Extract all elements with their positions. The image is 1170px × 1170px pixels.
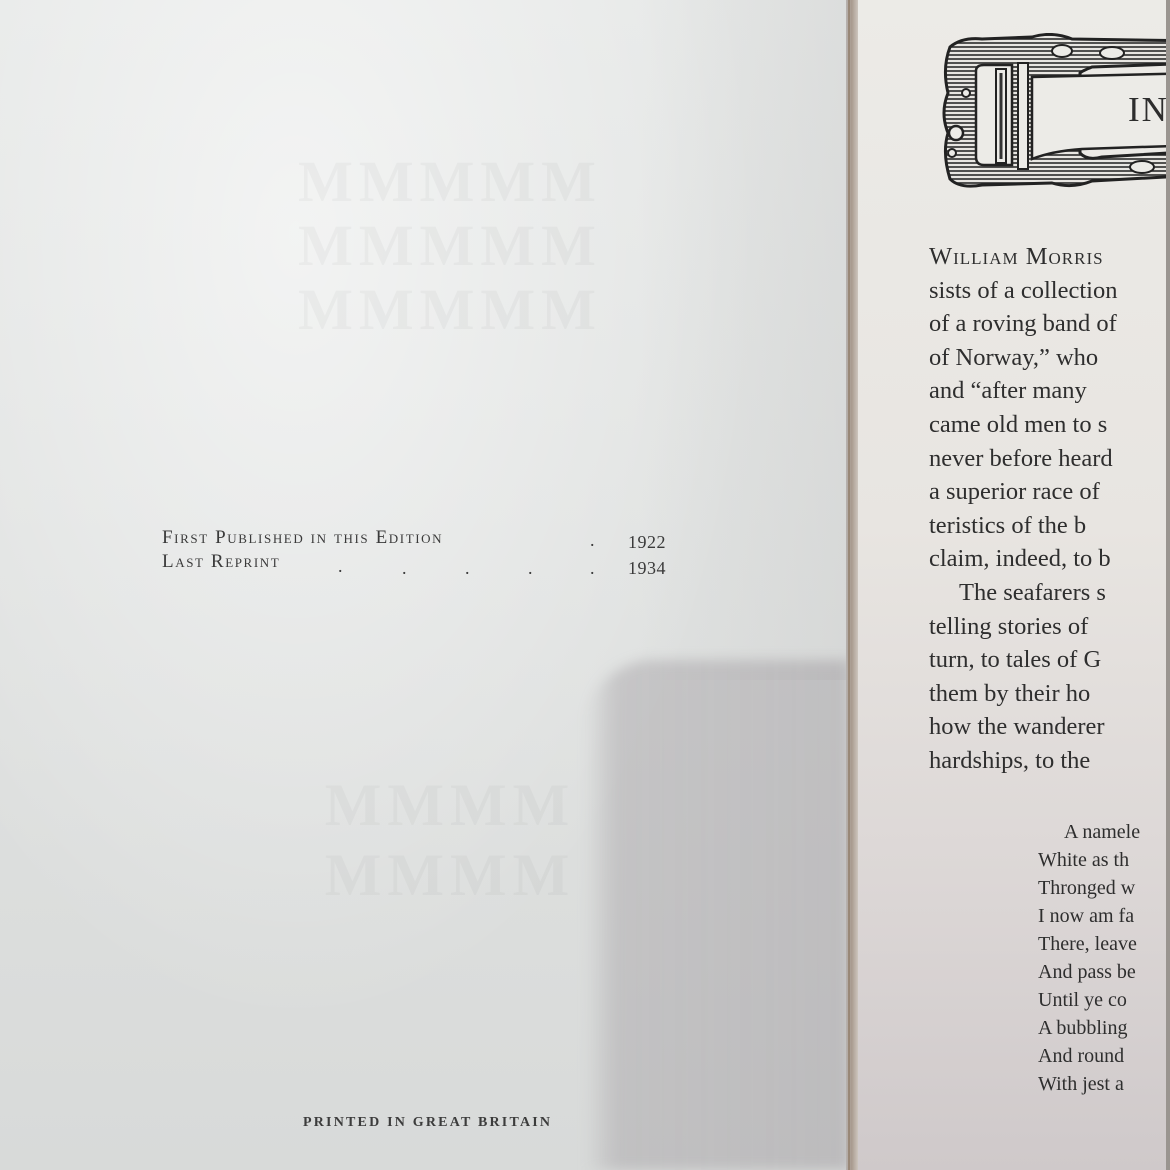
hand-shadow <box>585 660 850 1170</box>
text-line: them by their ho <box>929 677 1170 711</box>
leader-dot: . <box>338 554 344 578</box>
text-line: The seafarers s <box>929 576 1170 610</box>
verse-line: A namele <box>1038 818 1140 846</box>
page-shadow <box>640 0 850 680</box>
leader-dot: . <box>528 556 534 580</box>
left-page: MMMMMMMMMMMMMMM MMMMMMMM First Published… <box>0 0 846 1170</box>
verse-line: Thronged w <box>1038 874 1140 902</box>
text-line: how the wanderer <box>929 710 1170 744</box>
verse-line: With jest a <box>1038 1070 1140 1098</box>
verse-line: A bubbling <box>1038 1014 1140 1042</box>
imprint-label: Last Reprint <box>162 551 280 572</box>
text-line: a superior race of <box>929 475 1170 509</box>
introduction-body: William Morris sists of a collection of … <box>929 240 1170 778</box>
book-spread: MMMMMMMMMMMMMMM MMMMMMMM First Published… <box>0 0 1170 1170</box>
text-line: of a roving band of <box>929 307 1170 341</box>
imprint-block: First Published in this Edition . 1922 L… <box>162 526 682 574</box>
text-line: never before heard <box>929 442 1170 476</box>
printed-in-footer: PRINTED IN GREAT BRITAIN <box>303 1115 552 1131</box>
page-edge <box>1166 0 1170 1170</box>
verse-line: Until ye co <box>1038 986 1140 1014</box>
author-name-smallcaps: William Morris <box>929 243 1104 270</box>
imprint-year: 1934 <box>628 556 666 580</box>
leader-dot: . <box>590 556 596 580</box>
verse-block: A namele White as th Thronged w I now am… <box>1038 818 1140 1098</box>
verse-line: I now am fa <box>1038 902 1140 930</box>
text-line: sists of a collection <box>929 274 1170 308</box>
verse-line: White as th <box>1038 846 1140 874</box>
imprint-label: First Published in this Edition <box>162 527 443 548</box>
leader-dot: . <box>590 528 596 552</box>
text-line: and “after many <box>929 374 1170 408</box>
leader-dot: . <box>465 556 471 580</box>
verse-line: There, leave <box>1038 930 1140 958</box>
text-line: of Norway,” who <box>929 341 1170 375</box>
chapter-title: IN <box>1128 90 1169 130</box>
text-line: claim, indeed, to b <box>929 542 1170 576</box>
text-line: telling stories of <box>929 610 1170 644</box>
text-line: turn, to tales of G <box>929 643 1170 677</box>
imprint-row-last-reprint: Last Reprint . . . . . 1934 <box>162 550 682 574</box>
verse-line: And round <box>1038 1042 1140 1070</box>
text-line: William Morris <box>929 240 1170 274</box>
leader-dot: . <box>402 556 408 580</box>
text-line: came old men to s <box>929 408 1170 442</box>
text-line: teristics of the b <box>929 509 1170 543</box>
imprint-row-first-published: First Published in this Edition . 1922 <box>162 526 682 550</box>
gutter-line <box>848 0 850 1170</box>
verse-line: And pass be <box>1038 958 1140 986</box>
text-line: hardships, to the <box>929 744 1170 778</box>
